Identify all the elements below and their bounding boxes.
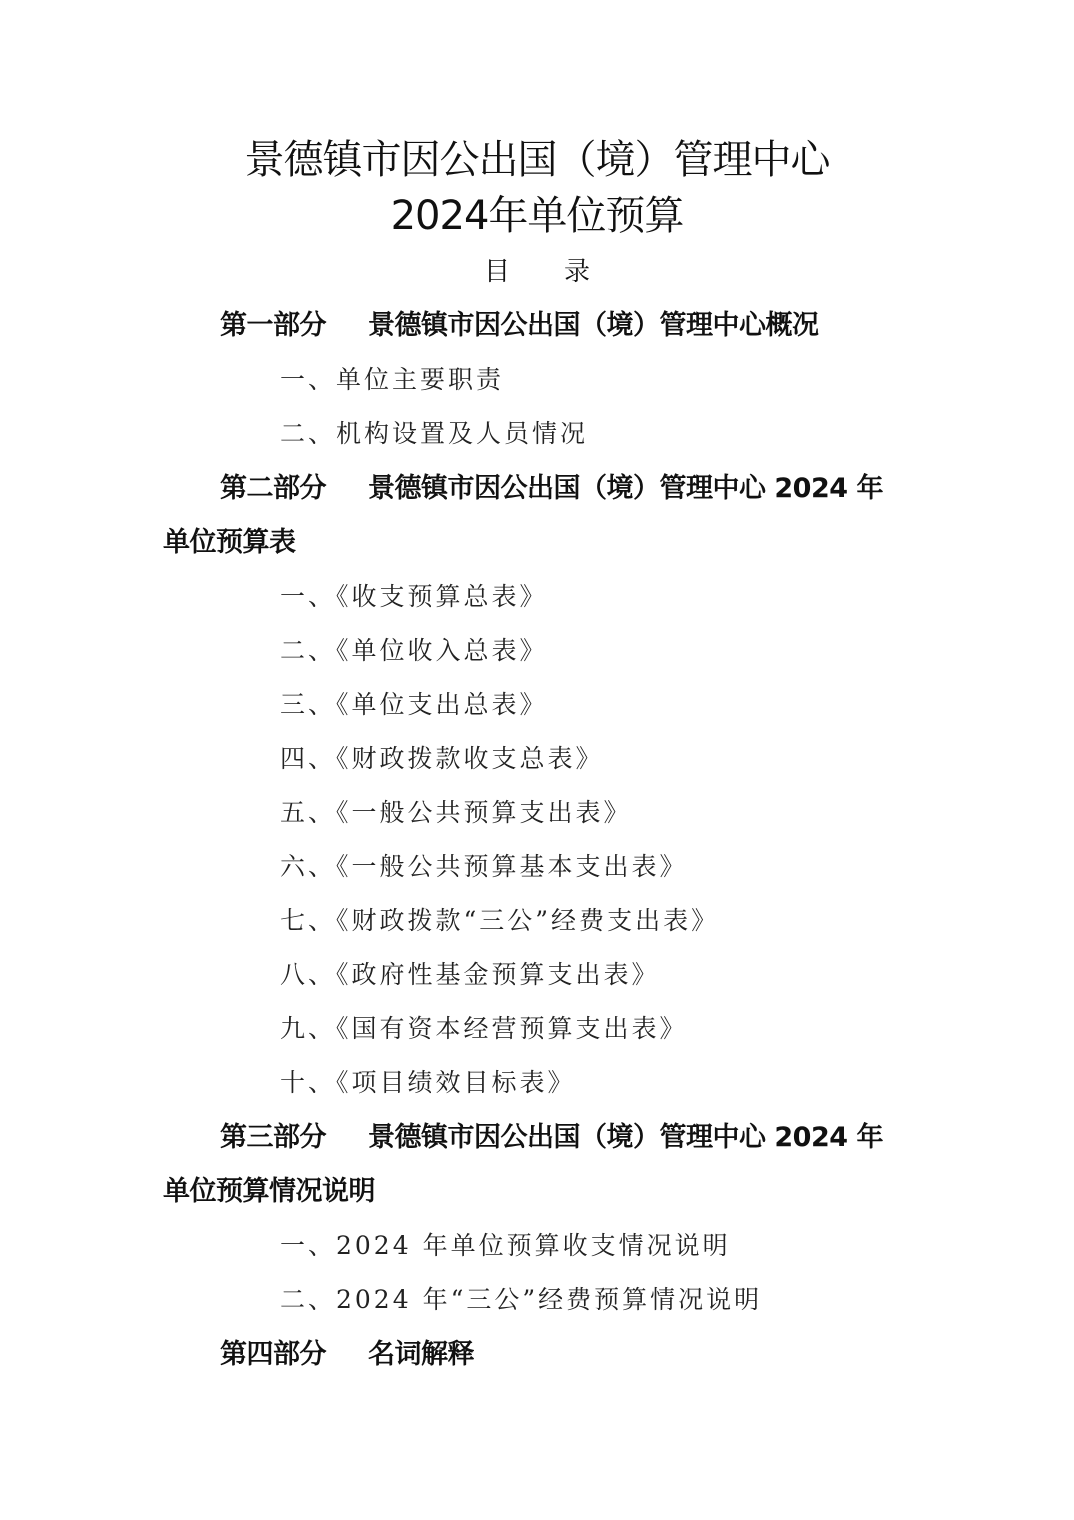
toc-item[interactable]: 一、单位主要职责 — [280, 364, 504, 396]
toc-heading-char2: 录 — [564, 256, 590, 288]
toc-item[interactable]: 三、《单位支出总表》 — [280, 689, 548, 721]
toc-item[interactable]: 一、2024 年单位预算收支情况说明 — [280, 1230, 731, 1262]
toc-part1-heading[interactable]: 第一部分景德镇市因公出国（境）管理中心概况 — [220, 309, 819, 343]
part-number: 第一部分 — [220, 309, 368, 343]
part-title: 景德镇市因公出国（境）管理中心 2024 年 — [368, 1122, 883, 1153]
toc-heading: 目录 — [0, 256, 1074, 288]
toc-part3-heading[interactable]: 第三部分景德镇市因公出国（境）管理中心 2024 年 — [220, 1121, 883, 1155]
toc-item[interactable]: 五、《一般公共预算支出表》 — [280, 797, 632, 829]
toc-item[interactable]: 二、《单位收入总表》 — [280, 635, 548, 667]
toc-part2-heading[interactable]: 第二部分景德镇市因公出国（境）管理中心 2024 年 — [220, 472, 883, 506]
toc-part4-heading[interactable]: 第四部分名词解释 — [220, 1338, 474, 1372]
toc-item[interactable]: 四、《财政拨款收支总表》 — [280, 743, 604, 775]
toc-item[interactable]: 二、2024 年“三公”经费预算情况说明 — [280, 1284, 762, 1316]
document-title-line2: 2024年单位预算 — [0, 192, 1074, 240]
toc-part2-heading-continued[interactable]: 单位预算表 — [163, 526, 296, 560]
document-title-line1: 景德镇市因公出国（境）管理中心 — [0, 136, 1074, 184]
toc-item[interactable]: 一、《收支预算总表》 — [280, 581, 548, 613]
part-title: 景德镇市因公出国（境）管理中心概况 — [368, 310, 819, 341]
document-page: 景德镇市因公出国（境）管理中心 2024年单位预算 目录 第一部分景德镇市因公出… — [0, 0, 1074, 1520]
toc-item[interactable]: 二、机构设置及人员情况 — [280, 418, 588, 450]
toc-item[interactable]: 六、《一般公共预算基本支出表》 — [280, 851, 688, 883]
toc-item[interactable]: 八、《政府性基金预算支出表》 — [280, 959, 660, 991]
toc-part3-heading-continued[interactable]: 单位预算情况说明 — [163, 1175, 375, 1209]
part-title: 景德镇市因公出国（境）管理中心 2024 年 — [368, 473, 883, 504]
toc-item[interactable]: 九、《国有资本经营预算支出表》 — [280, 1013, 688, 1045]
part-number: 第二部分 — [220, 472, 368, 506]
toc-item[interactable]: 七、《财政拨款“三公”经费支出表》 — [280, 905, 719, 937]
part-number: 第三部分 — [220, 1121, 368, 1155]
part-number: 第四部分 — [220, 1338, 368, 1372]
part-title: 名词解释 — [368, 1339, 474, 1370]
toc-heading-char1: 目 — [484, 256, 510, 288]
toc-item[interactable]: 十、《项目绩效目标表》 — [280, 1067, 576, 1099]
